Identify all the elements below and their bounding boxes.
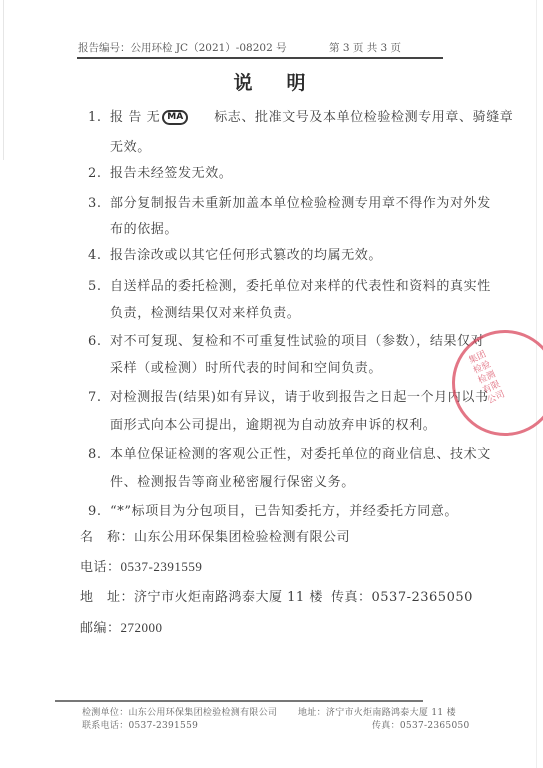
footer-divider (55, 700, 423, 702)
company-name-row: 名 称：山东公用环保集团检验检测有限公司 (80, 526, 350, 545)
notice-item-4: 4.报告涂改或以其它任何形式篡改的均属无效。 (88, 244, 382, 263)
header-divider (77, 57, 443, 59)
company-fax-row: 传真：0537-2365050 (331, 586, 473, 605)
notice-item-6: 6.对不可复现、复检和不可重复性试验的项目（参数），结果仅对 (88, 330, 484, 349)
report-number: 报告编号：公用环检 JC（2021）-08202 号 (78, 40, 287, 55)
footer-address: 地址：济宁市火炬南路鸿泰大厦 11 楼 (298, 705, 456, 718)
footer-fax: 传真：0537-2365050 (372, 718, 470, 731)
notice-item-8-cont: 件、检测报告等商业秘密履行保密义务。 (110, 471, 355, 490)
company-phone-row: 电话：0537-2391559 (80, 556, 202, 575)
company-postcode: 272000 (121, 620, 163, 635)
page-number: 第 3 页 共 3 页 (329, 40, 401, 55)
company-fax: 0537-2365050 (372, 590, 473, 605)
company-postcode-row: 邮编：272000 (80, 617, 163, 636)
notice-item-6-cont: 采样（或检测）时所代表的时间和空间负责。 (110, 357, 382, 376)
cma-logo-icon: MA (162, 110, 188, 125)
notice-item-2: 2.报告未经签发无效。 (88, 162, 232, 181)
notice-item-1: 1.报 告 无MA标志、批准文号及本单位检验检测专用章、骑缝章 (88, 106, 513, 125)
company-phone: 0537-2391559 (121, 559, 203, 574)
page-header: 报告编号：公用环检 JC（2021）-08202 号 第 3 页 共 3 页 (78, 40, 442, 56)
notice-item-8: 8.本单位保证检测的客观公正性，对委托单位的商业信息、技术文 (88, 443, 491, 462)
notice-item-5: 5.自送样品的委托检测，委托单位对来样的代表性和资料的真实性 (88, 275, 491, 294)
notice-item-5-cont: 负责，检测结果仅对来样负责。 (110, 302, 300, 321)
footer-unit: 检测单位：山东公用环保集团检验检测有限公司 (82, 705, 277, 718)
notice-item-3-cont: 布的依据。 (110, 218, 178, 237)
notice-item-9: 9.“*”标项目为分包项目，已告知委托方，并经委托方同意。 (88, 500, 458, 519)
notice-item-7: 7.对检测报告(结果)如有异议，请于收到报告之日起一个月内以书 (88, 386, 489, 405)
notice-item-3: 3.部分复制报告未重新加盖本单位检验检测专用章不得作为对外发 (88, 192, 491, 211)
company-name: 山东公用环保集团检验检测有限公司 (134, 530, 350, 545)
notice-item-1-cont: 无效。 (110, 136, 151, 155)
notice-item-7-cont: 面形式向本公司提出，逾期视为自动放弃申诉的权利。 (110, 414, 436, 433)
company-address-row: 地 址：济宁市火炬南路鸿泰大厦 11 楼 (80, 586, 323, 605)
company-address: 济宁市火炬南路鸿泰大厦 11 楼 (134, 590, 323, 605)
page-title: 说明 (0, 68, 543, 95)
footer-phone: 联系电话：0537-2391559 (82, 718, 198, 731)
